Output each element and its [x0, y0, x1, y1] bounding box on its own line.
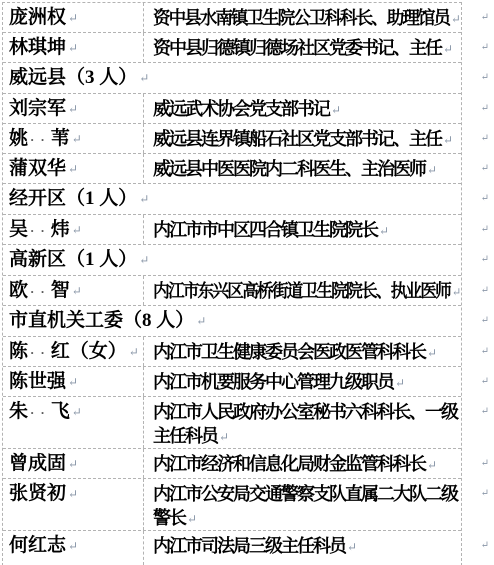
- name-cell: 蒲双华↵: [3, 154, 144, 183]
- end-of-row-mark-icon: ↵: [481, 489, 489, 499]
- entry-description: 内江市人民政府办公室秘书六科科长、一级主任科员↵: [153, 400, 461, 448]
- end-of-cell-mark-icon: ↵: [443, 133, 453, 147]
- end-of-row-mark-icon: ↵: [481, 347, 489, 357]
- name-cell: 曾成固↵: [3, 449, 144, 478]
- table-row: 刘宗军↵威远武术协会党支部书记↵↵: [3, 94, 461, 124]
- table-row: 朱··飞↵内江市人民政府办公室秘书六科科长、一级主任科员↵↵: [3, 397, 461, 449]
- entry-name: 朱··飞: [9, 401, 70, 422]
- section-label: 经开区（1 人）: [9, 188, 137, 209]
- desc-cell: 内江市机要服务中心管理九级职员↵: [144, 367, 461, 396]
- end-of-cell-mark-icon: ↵: [139, 192, 149, 206]
- table-row: 何红志↵内江市司法局三级主任科员↵↵: [3, 531, 461, 565]
- entry-name: 何红志: [9, 535, 66, 556]
- section-row: 高新区（1 人）↵↵: [3, 245, 461, 276]
- end-of-cell-mark-icon: ↵: [72, 132, 82, 146]
- end-of-cell-mark-icon: ↵: [68, 11, 78, 25]
- entry-description: 威远武术协会党支部书记↵: [153, 97, 341, 122]
- name-cell: 陈世强↵: [3, 367, 144, 396]
- section-cell: 市直机关工委（8 人）↵: [3, 306, 461, 336]
- name-cell: 刘宗军↵: [3, 94, 144, 123]
- end-of-cell-mark-icon: ↵: [68, 162, 78, 176]
- entry-name: 张贤初: [9, 483, 66, 504]
- entry-description: 内江市东兴区高桥街道卫生院院长、执业医师↵: [153, 279, 461, 304]
- entry-name: 陈··红（女）: [9, 341, 127, 362]
- end-of-cell-mark-icon: ↵: [427, 163, 437, 177]
- space-marks: ··: [30, 405, 51, 420]
- entry-name: 庞洲权: [9, 7, 66, 28]
- end-of-row-mark-icon: ↵: [481, 134, 489, 144]
- end-of-cell-mark-icon: ↵: [68, 457, 78, 471]
- entry-name: 欧··智: [9, 280, 70, 301]
- entry-description: 资中县归德镇归德场社区党委书记、主任↵: [153, 36, 453, 61]
- section-row: 市直机关工委（8 人）↵↵: [3, 306, 461, 337]
- desc-cell: 内江市公安局交通警察支队直属二大队二级警长↵: [144, 479, 461, 530]
- entry-name: 曾成固: [9, 453, 66, 474]
- desc-cell: 内江市人民政府办公室秘书六科科长、一级主任科员↵: [144, 397, 461, 448]
- entry-name: 刘宗军: [9, 98, 66, 119]
- table-row: 庞洲权↵资中县水南镇卫生院公卫科科长、助理馆员↵↵: [3, 3, 461, 33]
- end-of-row-mark-icon: ↵: [481, 13, 489, 23]
- desc-cell: 内江市卫生健康委员会医政医管科科长↵: [144, 337, 461, 366]
- end-of-cell-mark-icon: ↵: [139, 253, 149, 267]
- end-of-row-mark-icon: ↵: [481, 407, 489, 417]
- entry-name: 姚··苇: [9, 128, 70, 149]
- name-cell: 吴··炜↵: [3, 215, 144, 244]
- name-cell: 欧··智↵: [3, 276, 144, 305]
- section-cell: 高新区（1 人）↵: [3, 245, 461, 275]
- end-of-cell-mark-icon: ↵: [196, 314, 206, 328]
- end-of-cell-mark-icon: ↵: [187, 512, 197, 526]
- table-row: 吴··炜↵内江市市中区四合镇卫生院院长↵↵: [3, 215, 461, 245]
- name-cell: 何红志↵: [3, 531, 144, 565]
- entry-name: 吴··炜: [9, 219, 70, 240]
- name-cell: 庞洲权↵: [3, 3, 144, 32]
- end-of-row-mark-icon: ↵: [481, 255, 489, 265]
- table-row: 陈··红（女）↵内江市卫生健康委员会医政医管科科长↵↵: [3, 337, 461, 367]
- section-label: 高新区（1 人）: [9, 249, 137, 270]
- space-marks: ··: [30, 345, 51, 360]
- desc-cell: 内江市司法局三级主任科员↵: [144, 531, 461, 565]
- end-of-cell-mark-icon: ↵: [68, 375, 78, 389]
- end-of-row-mark-icon: ↵: [481, 164, 489, 174]
- space-marks: ··: [30, 284, 51, 299]
- entry-name: 陈世强: [9, 371, 66, 392]
- end-of-cell-mark-icon: ↵: [68, 41, 78, 55]
- entry-name: 蒲双华: [9, 158, 66, 179]
- end-of-cell-mark-icon: ↵: [347, 540, 357, 554]
- end-of-row-mark-icon: ↵: [481, 104, 489, 114]
- entry-description: 内江市卫生健康委员会医政医管科科长↵: [153, 340, 437, 365]
- entry-description: 内江市公安局交通警察支队直属二大队二级警长↵: [153, 482, 461, 530]
- table-row: 姚··苇↵威远县连界镇船石社区党支部书记、主任↵↵: [3, 124, 461, 154]
- end-of-cell-mark-icon: ↵: [452, 285, 461, 299]
- name-cell: 陈··红（女）↵: [3, 337, 144, 366]
- end-of-cell-mark-icon: ↵: [68, 102, 78, 116]
- entry-description: 内江市机要服务中心管理九级职员↵: [153, 370, 405, 395]
- end-of-cell-mark-icon: ↵: [72, 405, 82, 419]
- end-of-cell-mark-icon: ↵: [451, 12, 461, 26]
- table-row: 陈世强↵内江市机要服务中心管理九级职员↵↵: [3, 367, 461, 397]
- name-cell: 张贤初↵: [3, 479, 144, 530]
- section-row: 威远县（3 人）↵↵: [3, 63, 461, 94]
- section-label: 市直机关工委（8 人）: [9, 310, 194, 331]
- document-page: 庞洲权↵资中县水南镇卫生院公卫科科长、助理馆员↵↵林琪坤↵资中县归德镇归德场社区…: [0, 0, 494, 565]
- desc-cell: 内江市市中区四合镇卫生院院长↵: [144, 215, 461, 244]
- desc-cell: 内江市经济和信息化局财金监管科科长↵: [144, 449, 461, 478]
- end-of-cell-mark-icon: ↵: [139, 71, 149, 85]
- end-of-cell-mark-icon: ↵: [68, 487, 78, 501]
- section-row: 经开区（1 人）↵↵: [3, 184, 461, 215]
- table-row: 张贤初↵内江市公安局交通警察支队直属二大队二级警长↵↵: [3, 479, 461, 531]
- desc-cell: 威远县连界镇船石社区党支部书记、主任↵: [144, 124, 461, 153]
- section-cell: 威远县（3 人）↵: [3, 63, 461, 93]
- desc-cell: 威远武术协会党支部书记↵: [144, 94, 461, 123]
- entry-description: 内江市司法局三级主任科员↵: [153, 534, 357, 559]
- end-of-cell-mark-icon: ↵: [72, 223, 82, 237]
- end-of-row-mark-icon: ↵: [481, 43, 489, 53]
- end-of-cell-mark-icon: ↵: [443, 42, 453, 56]
- table-row: 蒲双华↵威远县中医医院内二科医生、主治医师↵↵: [3, 154, 461, 184]
- entry-description: 威远县连界镇船石社区党支部书记、主任↵: [153, 127, 453, 152]
- end-of-row-mark-icon: ↵: [481, 194, 489, 204]
- entry-description: 内江市经济和信息化局财金监管科科长↵: [153, 452, 437, 477]
- end-of-row-mark-icon: ↵: [481, 225, 489, 235]
- name-cell: 朱··飞↵: [3, 397, 144, 448]
- space-marks: ··: [30, 132, 51, 147]
- table-row: 欧··智↵内江市东兴区高桥街道卫生院院长、执业医师↵↵: [3, 276, 461, 306]
- entry-name: 林琪坤: [9, 37, 66, 58]
- desc-cell: 威远县中医医院内二科医生、主治医师↵: [144, 154, 461, 183]
- desc-cell: 内江市东兴区高桥街道卫生院院长、执业医师↵: [144, 276, 461, 305]
- end-of-cell-mark-icon: ↵: [68, 539, 78, 553]
- end-of-cell-mark-icon: ↵: [72, 284, 82, 298]
- end-of-row-mark-icon: ↵: [481, 541, 489, 551]
- entry-description: 威远县中医医院内二科医生、主治医师↵: [153, 157, 437, 182]
- end-of-cell-mark-icon: ↵: [395, 376, 405, 390]
- table-row: 林琪坤↵资中县归德镇归德场社区党委书记、主任↵↵: [3, 33, 461, 63]
- end-of-row-mark-icon: ↵: [481, 377, 489, 387]
- desc-cell: 资中县归德镇归德场社区党委书记、主任↵: [144, 33, 461, 62]
- section-cell: 经开区（1 人）↵: [3, 184, 461, 214]
- end-of-row-mark-icon: ↵: [481, 286, 489, 296]
- end-of-cell-mark-icon: ↵: [331, 103, 341, 117]
- end-of-row-mark-icon: ↵: [481, 459, 489, 469]
- end-of-cell-mark-icon: ↵: [379, 224, 389, 238]
- end-of-cell-mark-icon: ↵: [427, 458, 437, 472]
- personnel-table: 庞洲权↵资中县水南镇卫生院公卫科科长、助理馆员↵↵林琪坤↵资中县归德镇归德场社区…: [2, 2, 462, 565]
- end-of-row-mark-icon: ↵: [481, 73, 489, 83]
- desc-cell: 资中县水南镇卫生院公卫科科长、助理馆员↵: [144, 3, 461, 32]
- end-of-cell-mark-icon: ↵: [427, 346, 437, 360]
- name-cell: 姚··苇↵: [3, 124, 144, 153]
- entry-description: 资中县水南镇卫生院公卫科科长、助理馆员↵: [153, 6, 461, 31]
- space-marks: ··: [30, 223, 51, 238]
- name-cell: 林琪坤↵: [3, 33, 144, 62]
- end-of-cell-mark-icon: ↵: [219, 430, 229, 444]
- end-of-row-mark-icon: ↵: [481, 316, 489, 326]
- end-of-cell-mark-icon: ↵: [129, 345, 139, 359]
- table-row: 曾成固↵内江市经济和信息化局财金监管科科长↵↵: [3, 449, 461, 479]
- entry-description: 内江市市中区四合镇卫生院院长↵: [153, 218, 389, 243]
- section-label: 威远县（3 人）: [9, 67, 137, 88]
